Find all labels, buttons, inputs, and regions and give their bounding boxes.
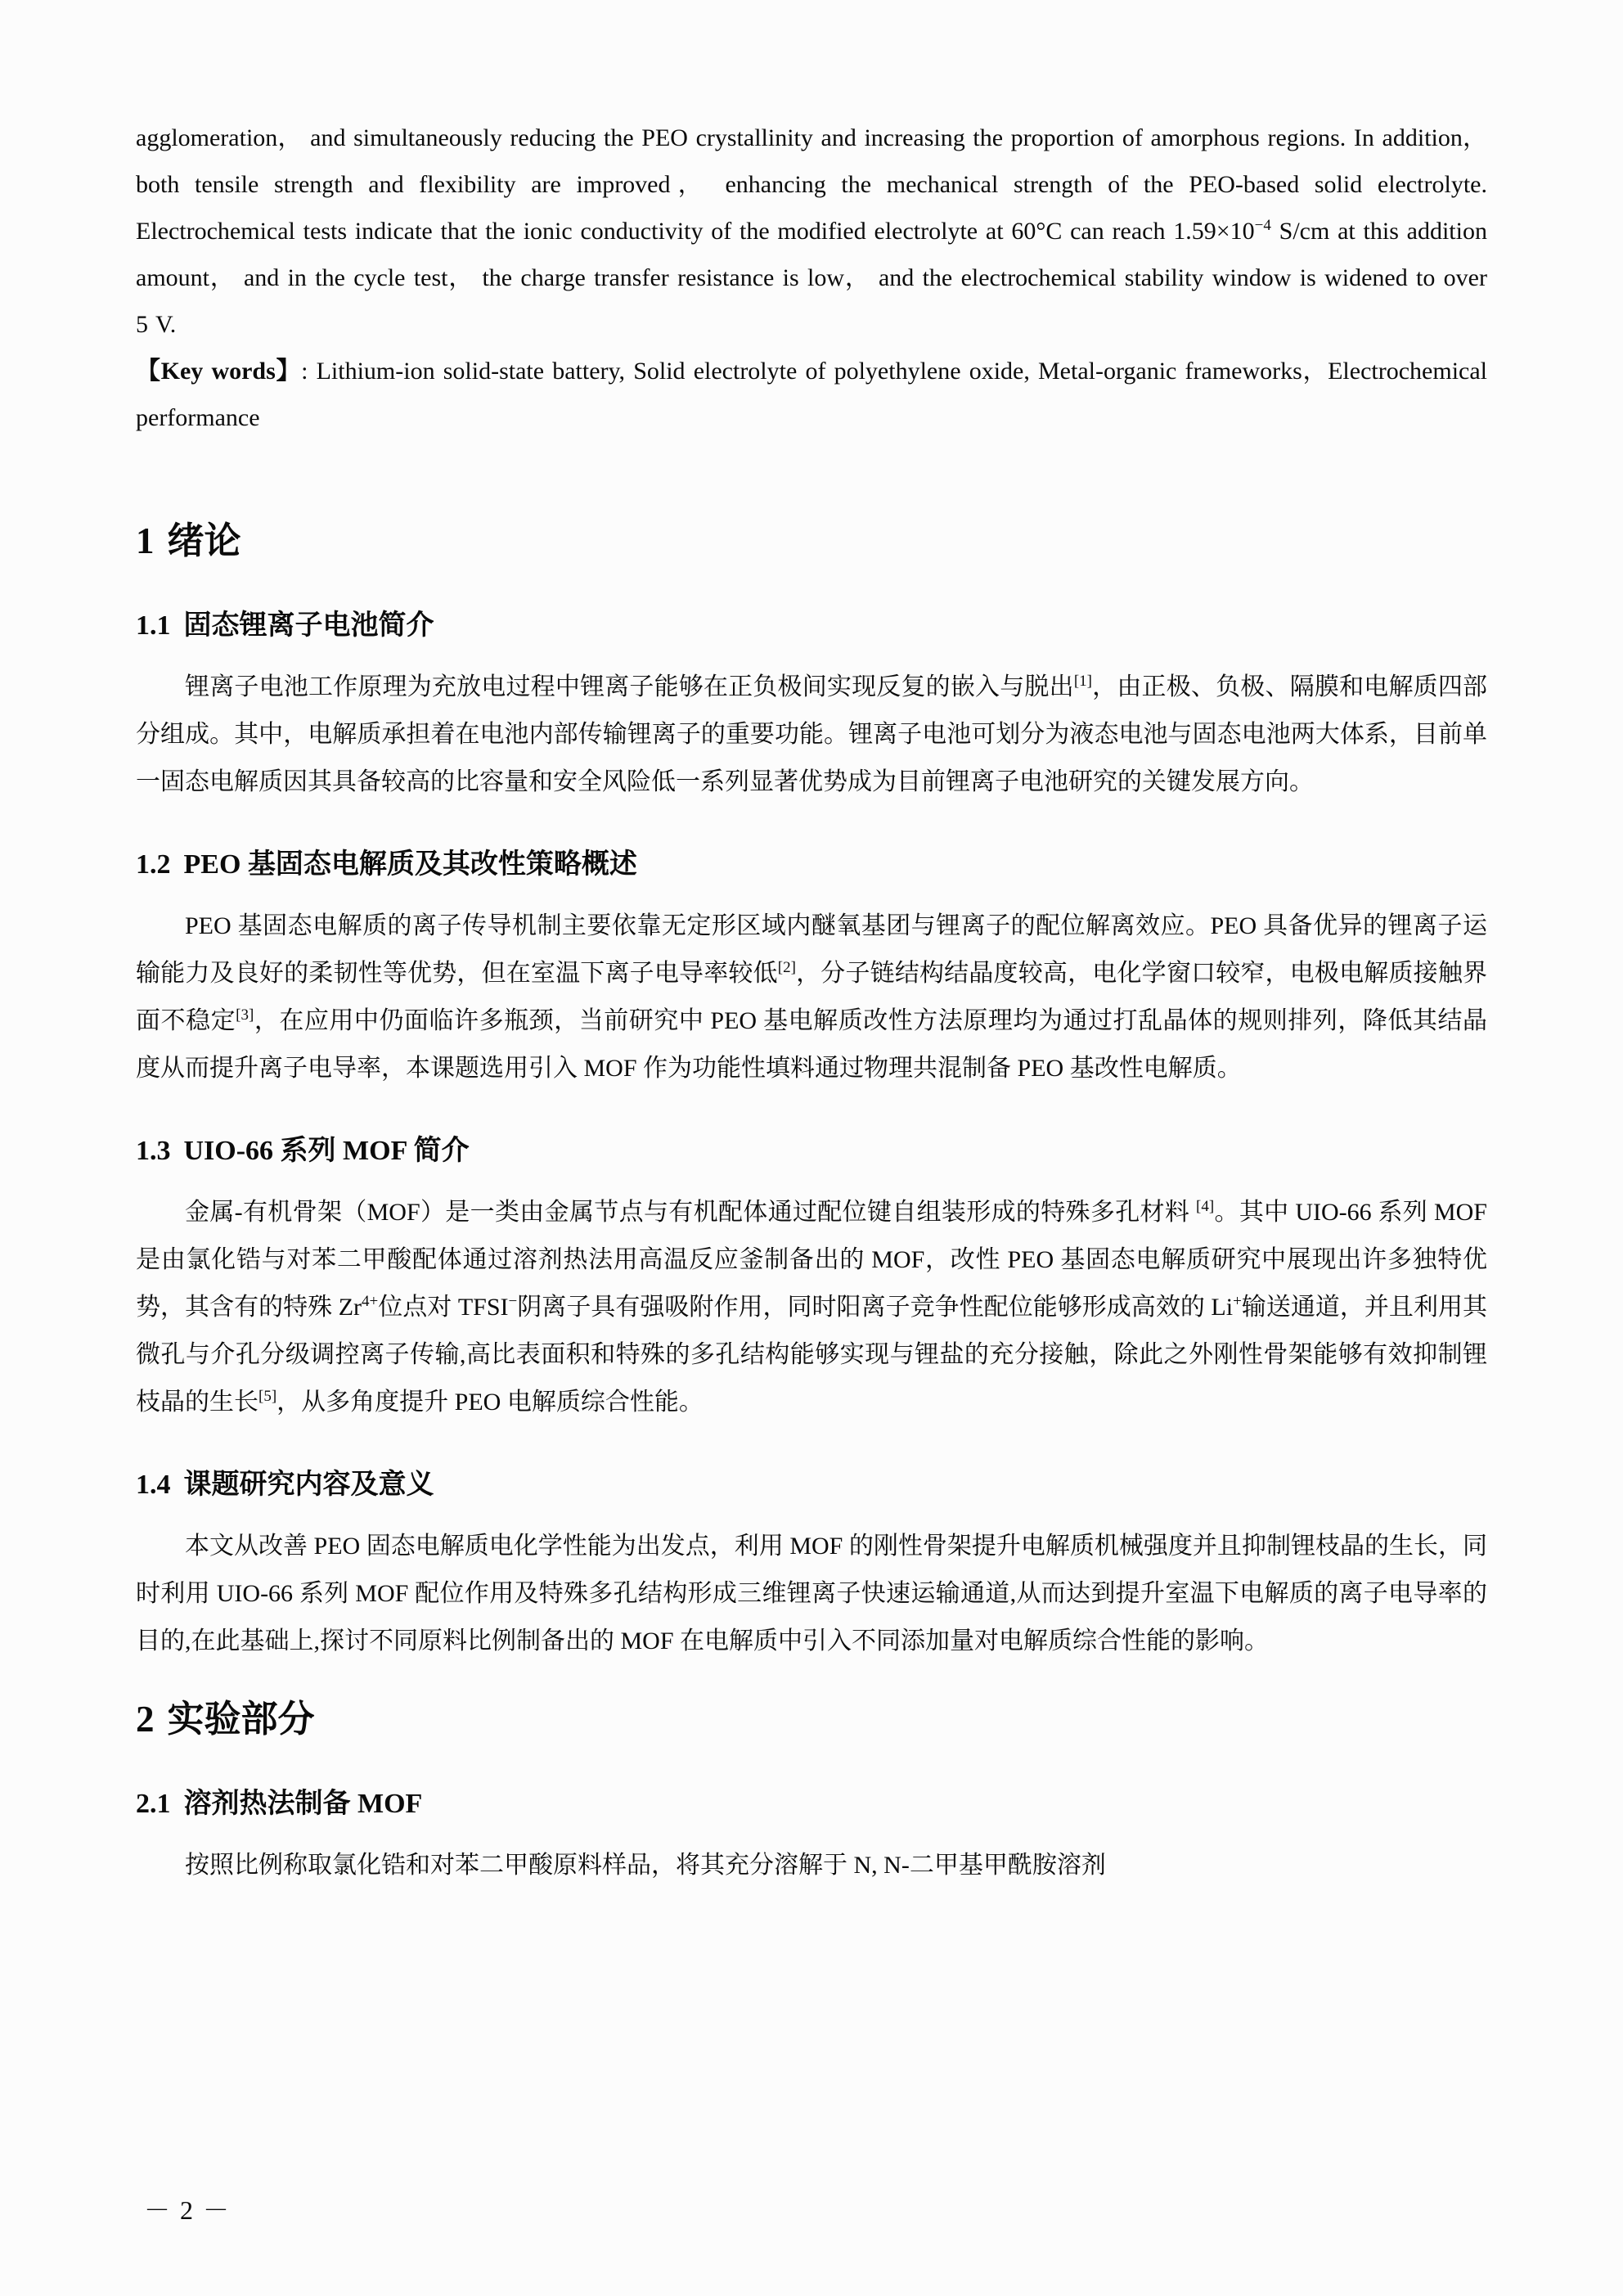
paragraph-section-1-2: PEO 基固态电解质的离子传导机制主要依靠无定形区域内醚氧基团与锂离子的配位解离… xyxy=(136,903,1487,1092)
keywords-paragraph: 【Key words】: Lithium-ion solid-state bat… xyxy=(136,348,1487,441)
heading-2-1-number: 2.1 xyxy=(136,1789,171,1819)
heading-2-title: 实验部分 xyxy=(168,1699,315,1740)
heading-section-1: 1绪论 xyxy=(136,520,1487,562)
heading-2-1-title: 溶剂热法制备 MOF xyxy=(184,1789,423,1819)
abstract-continuation-paragraph: agglomeration， and simultaneously reduci… xyxy=(136,115,1487,348)
heading-1-1-number: 1.1 xyxy=(136,610,171,641)
heading-1-number: 1 xyxy=(136,520,155,561)
heading-section-1-2: 1.2PEO 基固态电解质及其改性策略概述 xyxy=(136,849,1487,881)
heading-section-2-1: 2.1溶剂热法制备 MOF xyxy=(136,1788,1487,1821)
heading-1-4-number: 1.4 xyxy=(136,1470,171,1500)
page-number: － 2 － xyxy=(144,2190,231,2227)
heading-1-1-title: 固态锂离子电池简介 xyxy=(184,610,434,641)
heading-2-number: 2 xyxy=(136,1699,155,1740)
heading-section-1-1: 1.1固态锂离子电池简介 xyxy=(136,610,1487,642)
heading-1-4-title: 课题研究内容及意义 xyxy=(184,1470,434,1500)
heading-1-3-title: UIO-66 系列 MOF 简介 xyxy=(184,1136,470,1166)
paragraph-section-1-4: 本文从改善 PEO 固态电解质电化学性能为出发点，利用 MOF 的刚性骨架提升电… xyxy=(136,1523,1487,1665)
heading-section-1-4: 1.4课题研究内容及意义 xyxy=(136,1469,1487,1501)
heading-1-2-number: 1.2 xyxy=(136,849,171,880)
paragraph-section-1-1: 锂离子电池工作原理为充放电过程中锂离子能够在正负极间实现反复的嵌入与脱出[1]，… xyxy=(136,664,1487,806)
document-page: agglomeration， and simultaneously reduci… xyxy=(0,0,1623,2296)
paragraph-section-1-3: 金属-有机骨架（MOF）是一类由金属节点与有机配体通过配位键自组装形成的特殊多孔… xyxy=(136,1189,1487,1426)
heading-section-1-3: 1.3UIO-66 系列 MOF 简介 xyxy=(136,1135,1487,1168)
heading-section-2: 2实验部分 xyxy=(136,1698,1487,1740)
heading-1-title: 绪论 xyxy=(168,520,241,561)
paragraph-section-2-1: 按照比例称取氯化锆和对苯二甲酸原料样品，将其充分溶解于 N, N-二甲基甲酰胺溶… xyxy=(136,1842,1487,1889)
heading-1-2-title: PEO 基固态电解质及其改性策略概述 xyxy=(184,849,637,880)
heading-1-3-number: 1.3 xyxy=(136,1136,171,1166)
